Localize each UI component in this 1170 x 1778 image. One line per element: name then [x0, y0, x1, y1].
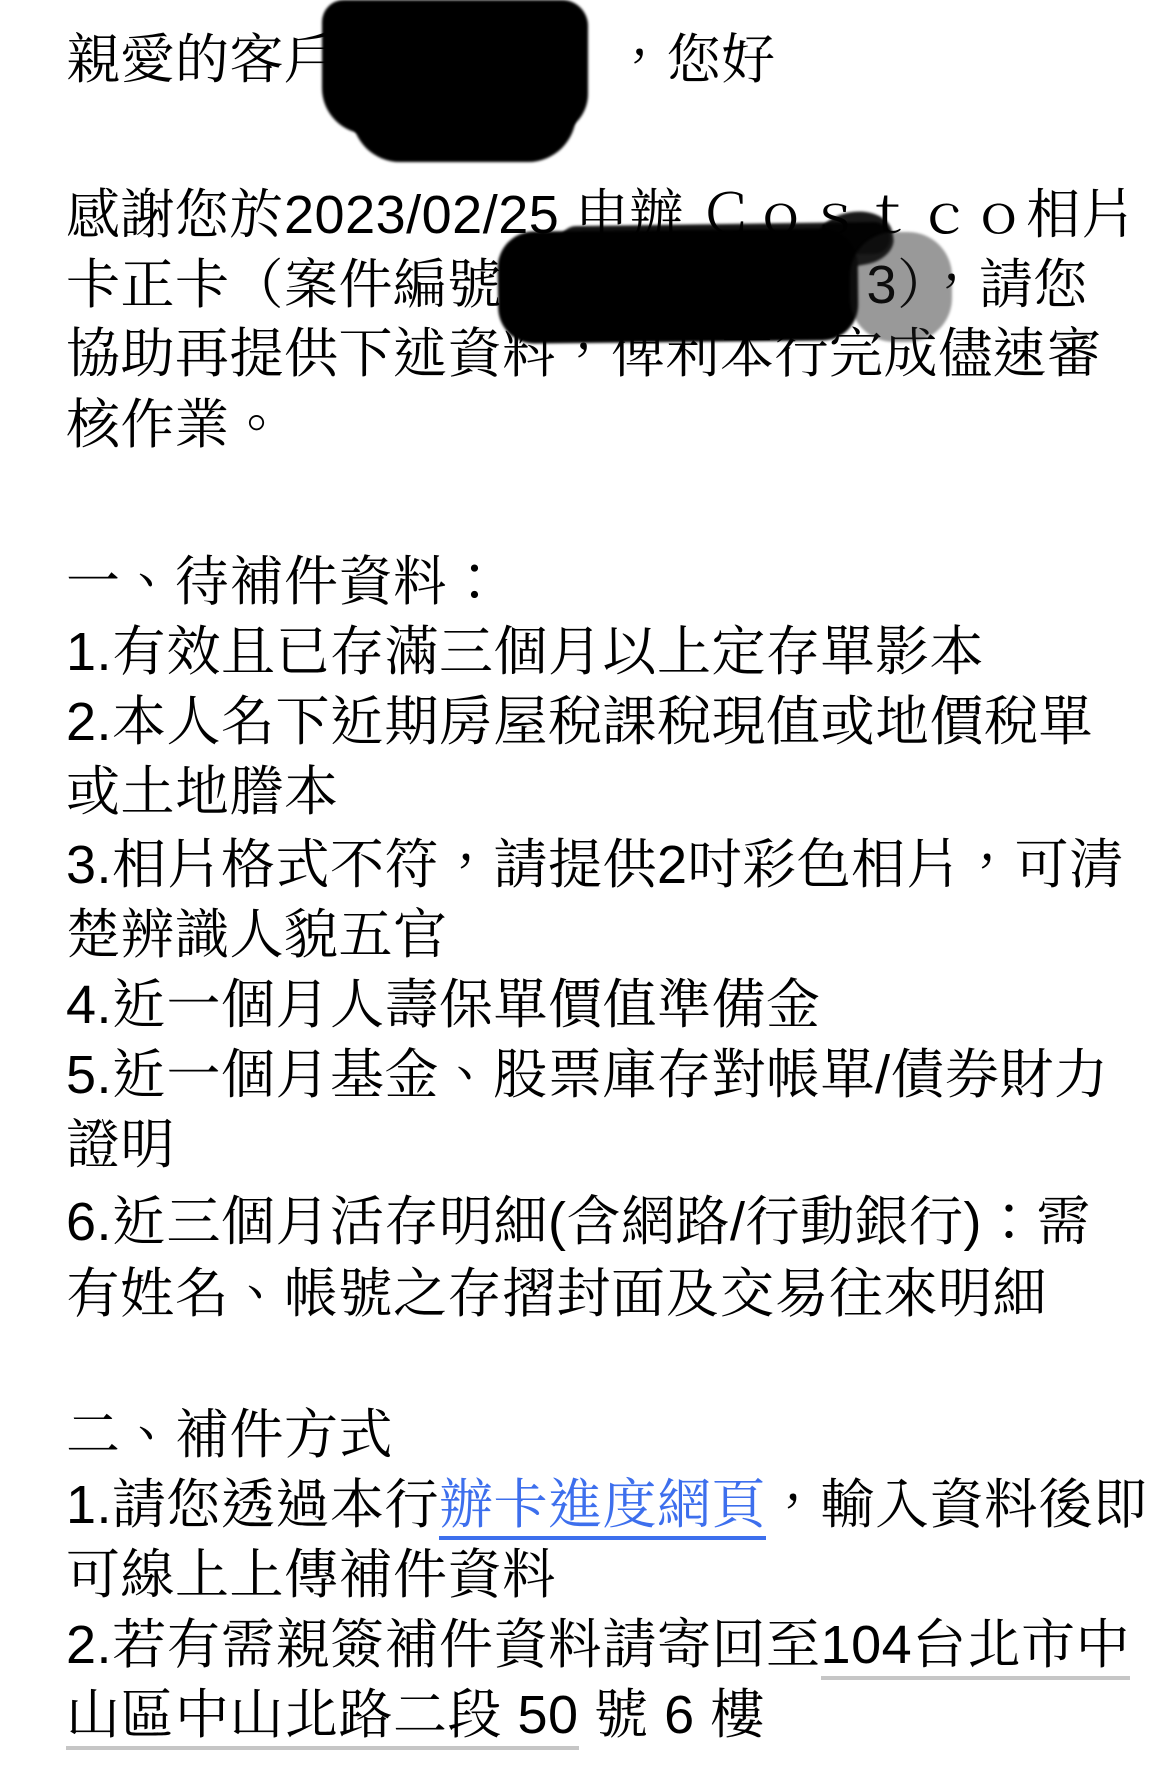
method-line-2-prefix: 2.若有需親簽補件資料請寄回至: [66, 1615, 821, 1675]
requirement-line-6: 6.近三個月活存明細(含網路/行動銀行)：需: [66, 1187, 1091, 1257]
greeting-prefix: 親愛的客戶: [66, 30, 339, 90]
requirement-line-5-wrap: 證明: [66, 1110, 175, 1180]
requirement-line-2-wrap: 或土地謄本: [66, 757, 339, 827]
address-link-part-1[interactable]: 104台北市中: [821, 1615, 1131, 1680]
section1-heading: 一、待補件資料：: [66, 547, 502, 617]
method-line-2-wrap: 山區中山北路二段 50 號 6 樓: [66, 1680, 765, 1750]
requirement-line-1: 1.有效且已存滿三個月以上定存單影本: [66, 617, 984, 687]
method-line-2: 2.若有需親簽補件資料請寄回至104台北市中: [66, 1610, 1130, 1680]
requirement-line-2: 2.本人名下近期房屋稅課稅現值或地價稅單: [66, 687, 1093, 757]
address-tail: 號 6 樓: [579, 1685, 765, 1745]
section2-heading: 二、補件方式: [66, 1400, 393, 1470]
requirement-line-3: 3.相片格式不符，請提供2吋彩色相片，可清: [66, 830, 1124, 900]
method-line-1-wrap: 可線上上傳補件資料: [66, 1540, 557, 1610]
greeting-suffix: ，您好: [613, 30, 777, 90]
method-line-1-suffix: ，輸入資料後即: [766, 1475, 1148, 1535]
requirement-line-4: 4.近一個月人壽保單價值準備金: [66, 970, 821, 1040]
redaction-smudge-case-number: [850, 232, 952, 342]
method-line-1-prefix: 1.請您透過本行: [66, 1475, 439, 1535]
card-progress-link[interactable]: 辦卡進度網頁: [439, 1475, 766, 1540]
paragraph1-line4: 核作業。: [66, 390, 284, 460]
requirement-line-5: 5.近一個月基金、股票庫存對帳單/債券財力: [66, 1040, 1109, 1110]
case-number-label: 卡正卡（案件編號：: [66, 255, 557, 315]
requirement-line-6-wrap: 有姓名、帳號之存摺封面及交易往來明細: [66, 1259, 1047, 1329]
redaction-blob-customer-name-2: [352, 66, 576, 162]
email-body: 親愛的客戶，您好 感謝您於2023/02/25 申辦 Ｃｏｓｔｃｏ相片 卡正卡（…: [0, 0, 1170, 1778]
method-line-1: 1.請您透過本行辦卡進度網頁，輸入資料後即: [66, 1470, 1148, 1540]
address-link-part-2[interactable]: 山區中山北路二段 50: [66, 1685, 579, 1750]
requirement-line-3-wrap: 楚辨識人貌五官: [66, 900, 448, 970]
